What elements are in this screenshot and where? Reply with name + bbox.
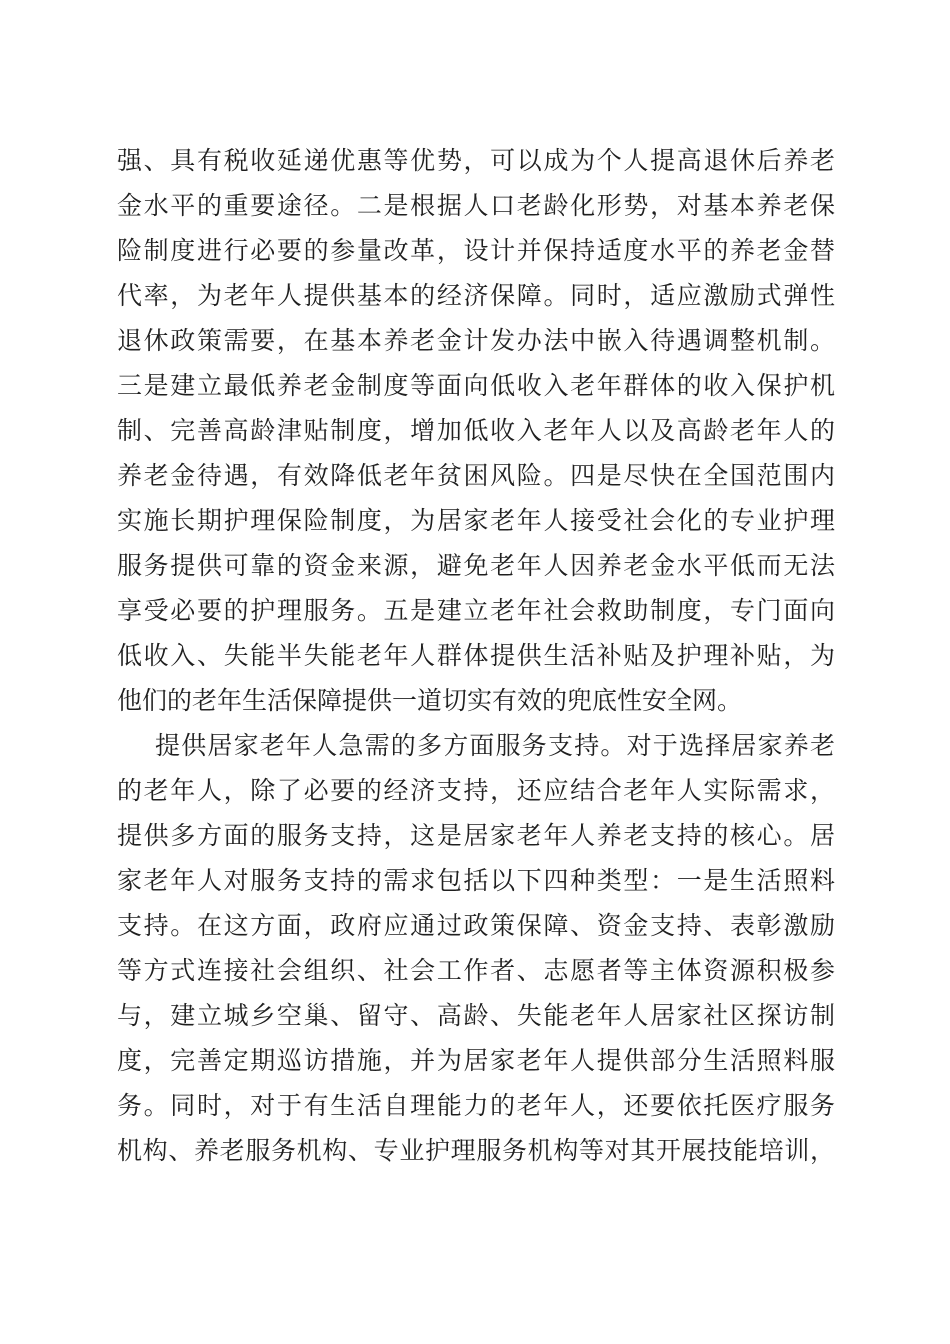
text-line: 代率，为老年人提供基本的经济保障。同时，适应激励式弹性 [117,274,835,319]
text-line: 等方式连接社会组织、社会工作者、志愿者等主体资源积极参 [117,949,835,994]
text-line: 与，建立城乡空巢、留守、高龄、失能老年人居家社区探访制 [117,994,835,1039]
paragraph: 强、具有税收延递优惠等优势，可以成为个人提高退休后养老金水平的重要途径。二是根据… [117,139,835,724]
text-line: 家老年人对服务支持的需求包括以下四种类型：一是生活照料 [117,859,835,904]
text-line: 服务提供可靠的资金来源，避免老年人因养老金水平低而无法 [117,544,835,589]
text-line: 支持。在这方面，政府应通过政策保障、资金支持、表彰激励 [117,904,835,949]
text-line: 度，完善定期巡访措施，并为居家老年人提供部分生活照料服 [117,1039,835,1084]
text-line: 三是建立最低养老金制度等面向低收入老年群体的收入保护机 [117,364,835,409]
text-line: 强、具有税收延递优惠等优势，可以成为个人提高退休后养老 [117,139,835,184]
document-page: 强、具有税收延递优惠等优势，可以成为个人提高退休后养老金水平的重要途径。二是根据… [0,0,950,1344]
text-line: 提供居家老年人急需的多方面服务支持。对于选择居家养老 [117,724,835,769]
text-line: 金水平的重要途径。二是根据人口老龄化形势，对基本养老保 [117,184,835,229]
text-line: 养老金待遇，有效降低老年贫困风险。四是尽快在全国范围内 [117,454,835,499]
text-line: 低收入、失能半失能老年人群体提供生活补贴及护理补贴，为 [117,634,835,679]
text-line: 提供多方面的服务支持，这是居家老年人养老支持的核心。居 [117,814,835,859]
text-block: 强、具有税收延递优惠等优势，可以成为个人提高退休后养老金水平的重要途径。二是根据… [117,139,835,1174]
text-line: 机构、养老服务机构、专业护理服务机构等对其开展技能培训， [117,1129,835,1174]
text-line: 务。同时，对于有生活自理能力的老年人，还要依托医疗服务 [117,1084,835,1129]
text-line: 实施长期护理保险制度，为居家老年人接受社会化的专业护理 [117,499,835,544]
text-line: 享受必要的护理服务。五是建立老年社会救助制度，专门面向 [117,589,835,634]
paragraph: 提供居家老年人急需的多方面服务支持。对于选择居家养老的老年人，除了必要的经济支持… [117,724,835,1174]
text-line: 退休政策需要，在基本养老金计发办法中嵌入待遇调整机制。 [117,319,835,364]
text-line: 制、完善高龄津贴制度，增加低收入老年人以及高龄老年人的 [117,409,835,454]
text-line: 险制度进行必要的参量改革，设计并保持适度水平的养老金替 [117,229,835,274]
text-line: 他们的老年生活保障提供一道切实有效的兜底性安全网。 [117,679,835,724]
text-line: 的老年人，除了必要的经济支持，还应结合老年人实际需求， [117,769,835,814]
